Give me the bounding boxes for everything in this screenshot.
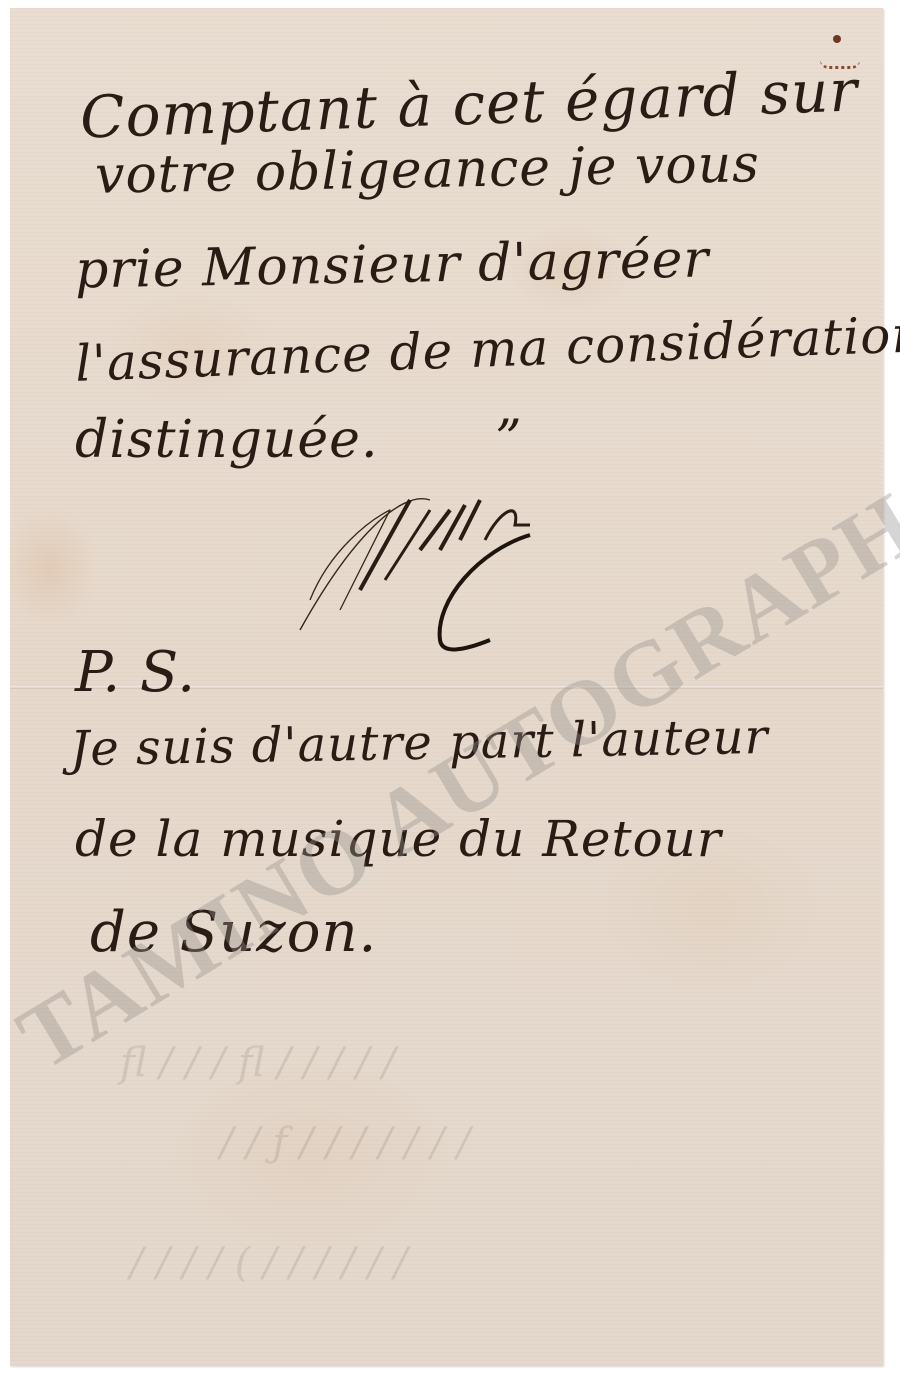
letter-line-2: votre obligeance je vous <box>95 134 761 206</box>
letter-line-5: distinguée. <box>75 410 378 470</box>
signature: Ch. Hersa <box>290 480 550 660</box>
postscript-label: P. S. <box>75 640 196 705</box>
ditto-mark: ” <box>495 410 523 470</box>
letter-line-3: prie Monsieur d'agréer <box>75 229 710 300</box>
signature-text: Ch. Hersa <box>490 480 550 483</box>
ink-stain <box>833 35 841 43</box>
bleed-through-text: ﬂ / / / ﬂ / / / / / <box>120 1040 396 1086</box>
bleed-through-text: / / ƒ / / / / / / / <box>220 1120 471 1166</box>
bleed-through-text: / / / / ( / / / / / / <box>130 1240 408 1286</box>
